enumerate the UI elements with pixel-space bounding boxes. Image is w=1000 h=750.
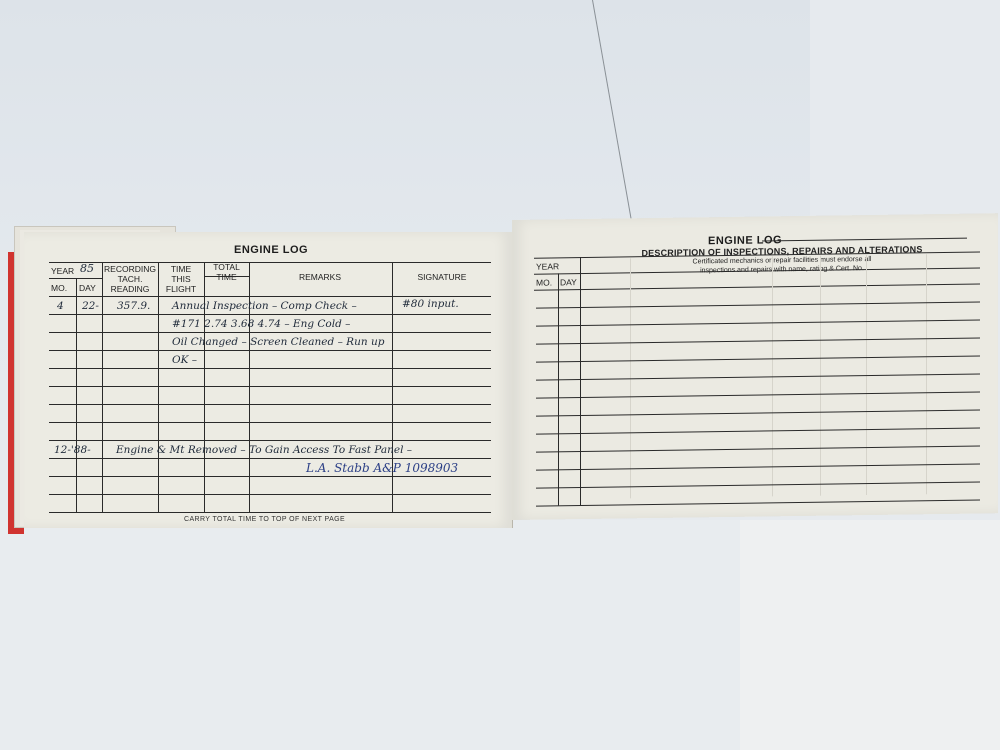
entry-1-day: 22- bbox=[82, 300, 99, 312]
entry-1-remarks-line-2: #171 2.74 3.68 4.74 – Eng Cold – bbox=[172, 318, 350, 330]
year-value: 85 bbox=[80, 262, 94, 275]
row-rule bbox=[536, 373, 980, 380]
row-rule bbox=[49, 350, 491, 351]
row-rule bbox=[536, 301, 980, 308]
year-label: YEAR bbox=[536, 261, 559, 271]
entry-1-remarks-line-3: Oil Changed – Screen Cleaned – Run up bbox=[172, 336, 384, 348]
row-rule bbox=[536, 499, 980, 506]
row-rule bbox=[536, 391, 980, 398]
right-page: ENGINE LOG YEAR MO. DAY DESCRIPTION OF I… bbox=[512, 213, 998, 520]
row-rule bbox=[49, 404, 491, 405]
mo-label: MO. bbox=[51, 283, 67, 293]
entry-1-remarks-line-1: Annual Inspection – Comp Check – bbox=[172, 300, 357, 312]
row-rule bbox=[49, 440, 491, 441]
row-rule bbox=[536, 355, 980, 362]
row-rule bbox=[49, 512, 491, 513]
entry-2-date: 12-'88- bbox=[54, 444, 91, 456]
row-rule bbox=[49, 368, 491, 369]
col-divider-tach-time bbox=[158, 262, 159, 512]
row-rule bbox=[536, 319, 980, 326]
entry-2-remarks: Engine & Mt Removed – To Gain Access To … bbox=[116, 444, 412, 456]
header-bottom-rule bbox=[534, 283, 980, 290]
row-rule bbox=[536, 463, 980, 470]
entry-1-tach: 357.9. bbox=[117, 300, 150, 312]
mo-label: MO. bbox=[536, 277, 552, 287]
left-page: ENGINE LOG YEAR 85 MO. DAY RECORDING TAC… bbox=[24, 232, 513, 528]
day-label: DAY bbox=[79, 283, 96, 293]
year-label: YEAR bbox=[51, 266, 74, 276]
carry-total-footer: CARRY TOTAL TIME TO TOP OF NEXT PAGE bbox=[184, 516, 345, 523]
row-rule bbox=[49, 386, 491, 387]
row-rule bbox=[49, 458, 491, 459]
entry-1-month: 4 bbox=[57, 300, 64, 312]
row-rule bbox=[49, 422, 491, 423]
tach-header: RECORDING TACH. READING bbox=[102, 264, 158, 294]
left-page-title: ENGINE LOG bbox=[234, 244, 308, 256]
entry-2-signature: L.A. Stabb A&P 1098903 bbox=[306, 461, 458, 475]
title-rule bbox=[762, 238, 967, 242]
row-rule bbox=[536, 481, 980, 488]
row-rule bbox=[536, 337, 980, 344]
row-rule bbox=[49, 494, 491, 495]
engine-logbook: ENGINE LOG YEAR 85 MO. DAY RECORDING TAC… bbox=[0, 0, 1000, 750]
entry-1-remarks-line-4: OK – bbox=[172, 354, 197, 366]
description-header: DESCRIPTION OF INSPECTIONS, REPAIRS AND … bbox=[582, 243, 982, 277]
col-divider-day-description bbox=[580, 257, 581, 505]
entry-1-signature-note: #80 input. bbox=[402, 298, 459, 310]
total-time-header: TOTAL TIME bbox=[204, 262, 249, 282]
header-top-rule bbox=[49, 262, 491, 263]
row-rule bbox=[536, 445, 980, 452]
row-rule bbox=[49, 314, 491, 315]
remarks-header: REMARKS bbox=[249, 272, 391, 282]
row-rule bbox=[536, 427, 980, 434]
col-divider-day-tach bbox=[102, 262, 103, 512]
day-label: DAY bbox=[560, 277, 577, 287]
row-rule bbox=[49, 476, 491, 477]
header-bottom-rule bbox=[49, 296, 491, 297]
time-this-flight-header: TIME THIS FLIGHT bbox=[158, 264, 204, 294]
row-rule bbox=[536, 409, 980, 416]
row-rule bbox=[49, 332, 491, 333]
signature-header: SIGNATURE bbox=[392, 272, 492, 282]
